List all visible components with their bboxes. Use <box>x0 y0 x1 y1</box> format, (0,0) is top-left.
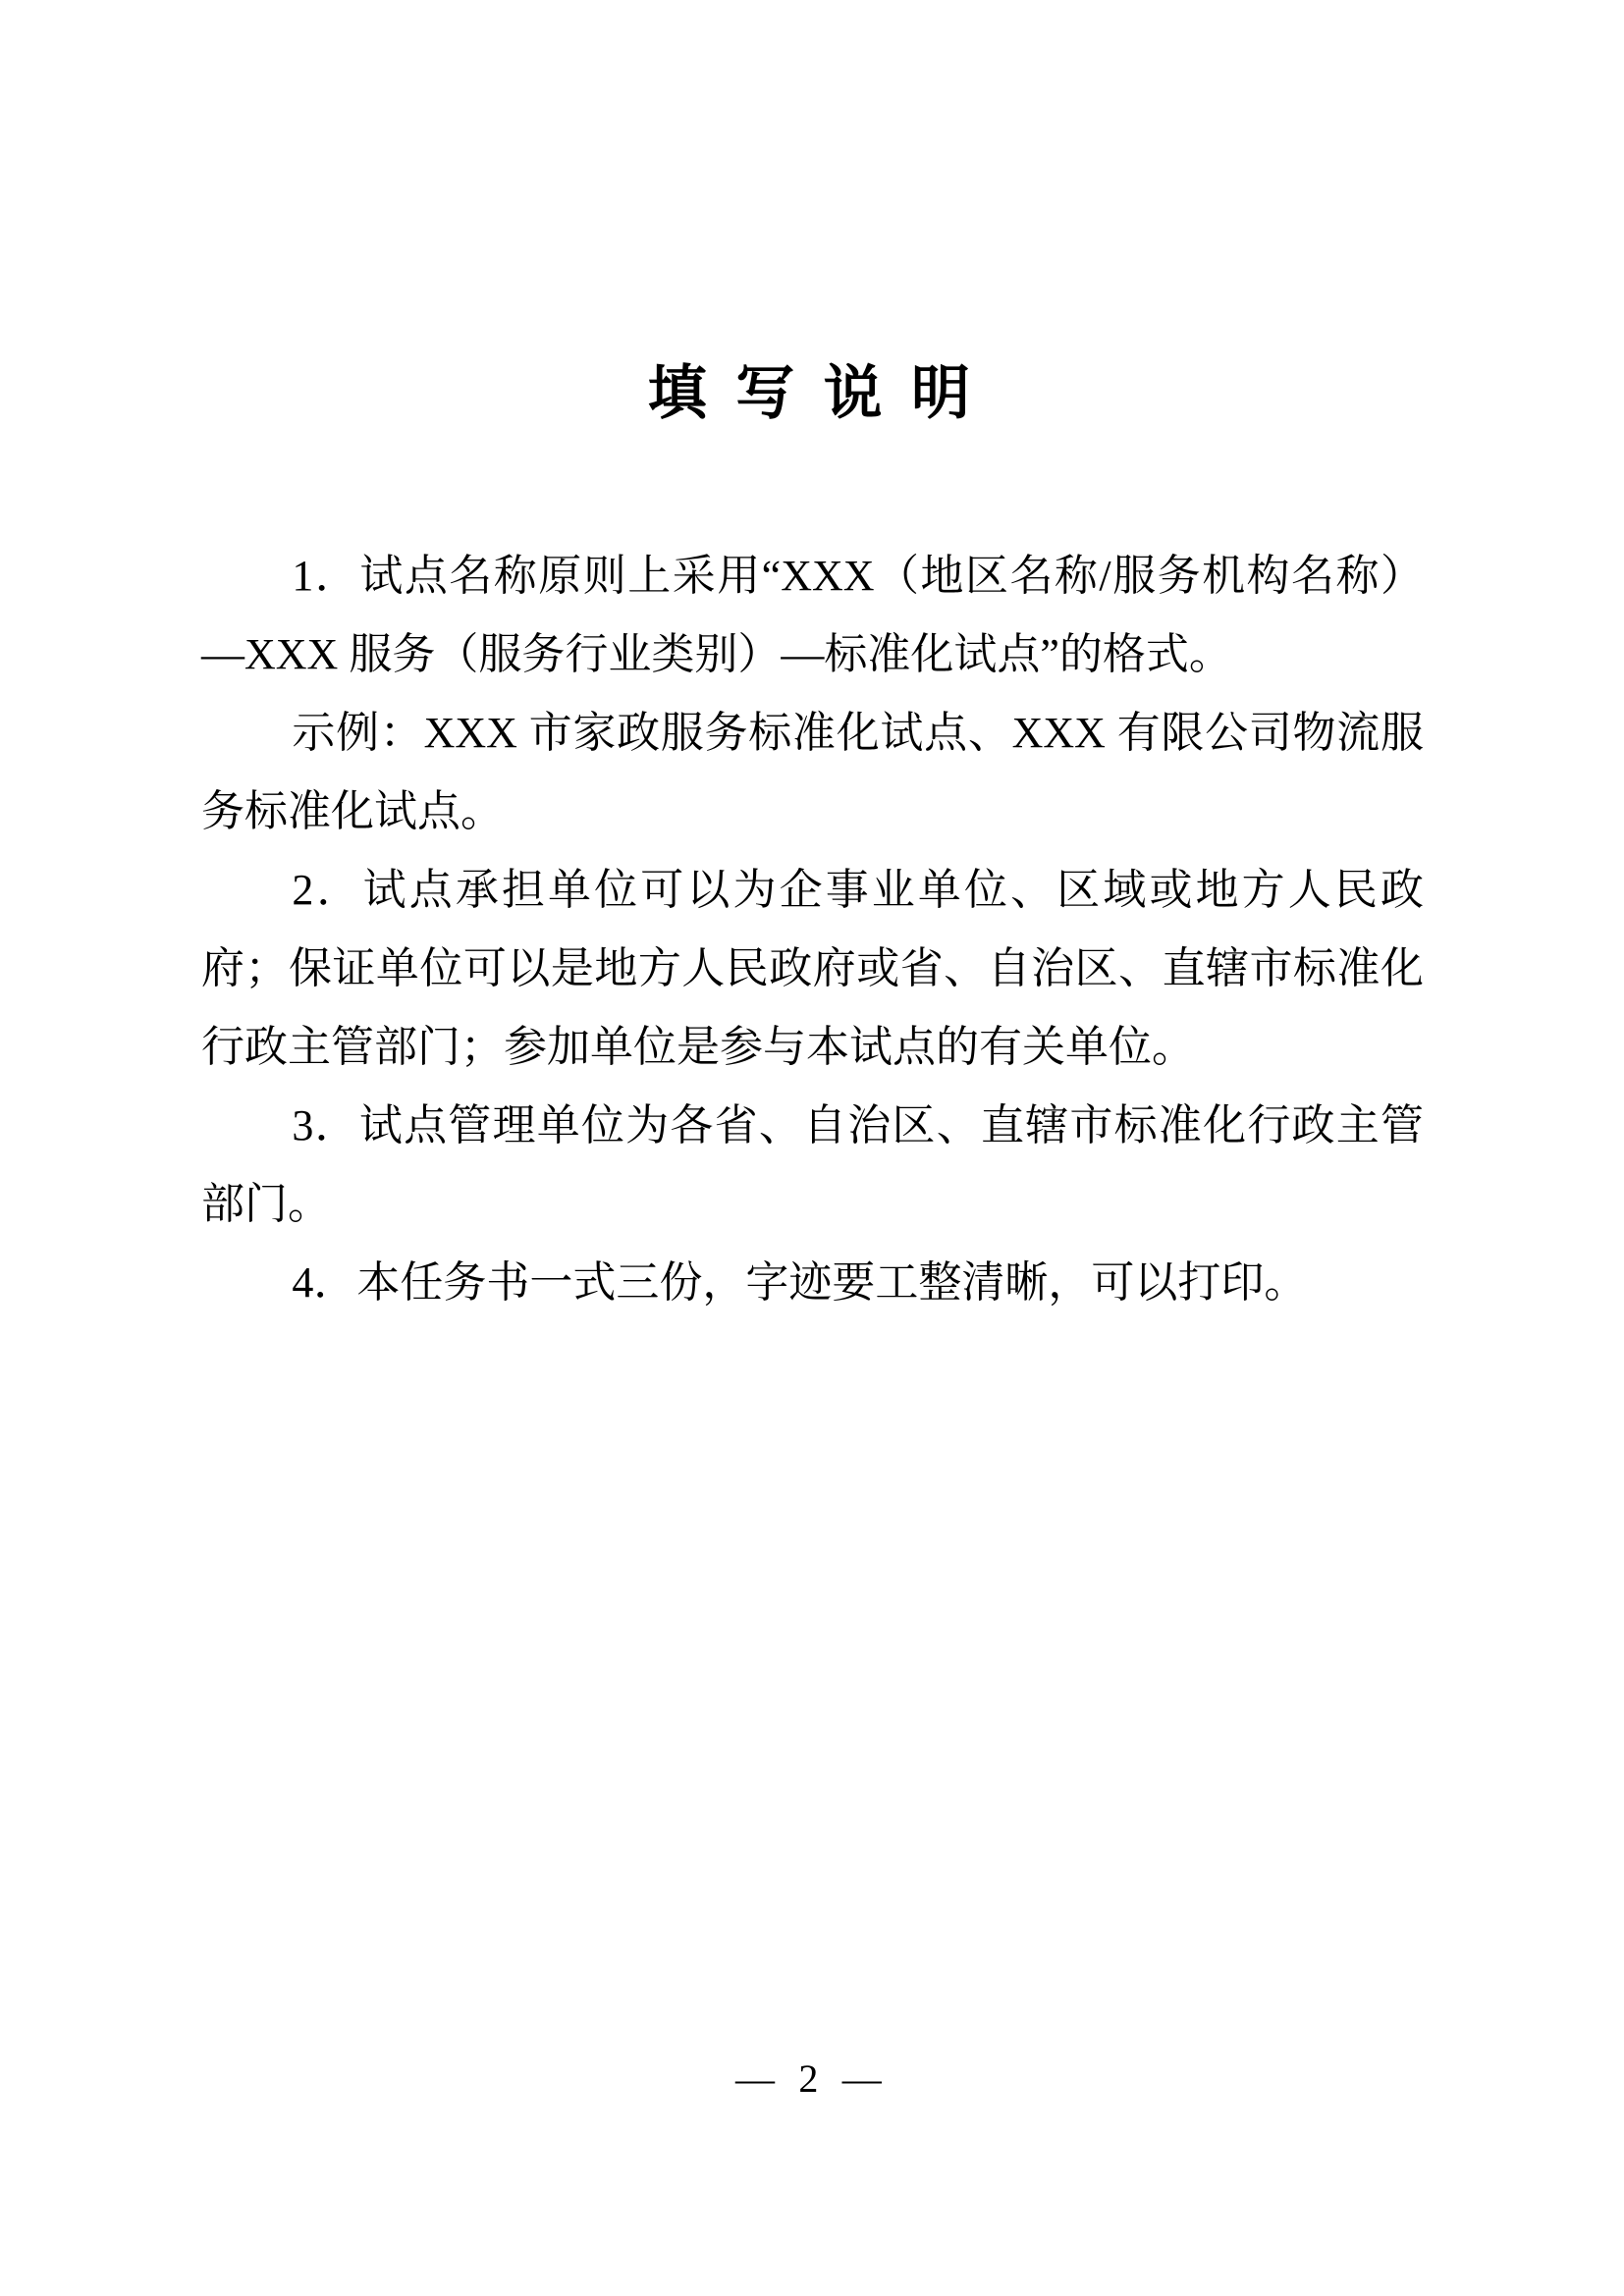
page-content: 填 写 说 明 1．试点名称原则上采用“XXX（地区名称/服务机构名称）—XXX… <box>201 0 1424 1322</box>
instruction-paragraph-example: 示例：XXX 市家政服务标准化试点、XXX 有限公司物流服务标准化试点。 <box>201 694 1424 851</box>
page-title: 填 写 说 明 <box>201 358 1424 429</box>
instructions-body: 1．试点名称原则上采用“XXX（地区名称/服务机构名称）—XXX 服务（服务行业… <box>201 537 1424 1322</box>
page-number: — 2 — <box>0 2057 1624 2101</box>
instruction-paragraph-4: 4．本任务书一式三份，字迹要工整清晰，可以打印。 <box>201 1244 1424 1322</box>
document-page: 填 写 说 明 1．试点名称原则上采用“XXX（地区名称/服务机构名称）—XXX… <box>0 0 1624 2296</box>
instruction-paragraph-2: 2．试点承担单位可以为企事业单位、区域或地方人民政府；保证单位可以是地方人民政府… <box>201 851 1424 1087</box>
instruction-paragraph-3: 3．试点管理单位为各省、自治区、直辖市标准化行政主管部门。 <box>201 1087 1424 1244</box>
instruction-paragraph-1: 1．试点名称原则上采用“XXX（地区名称/服务机构名称）—XXX 服务（服务行业… <box>201 537 1424 694</box>
